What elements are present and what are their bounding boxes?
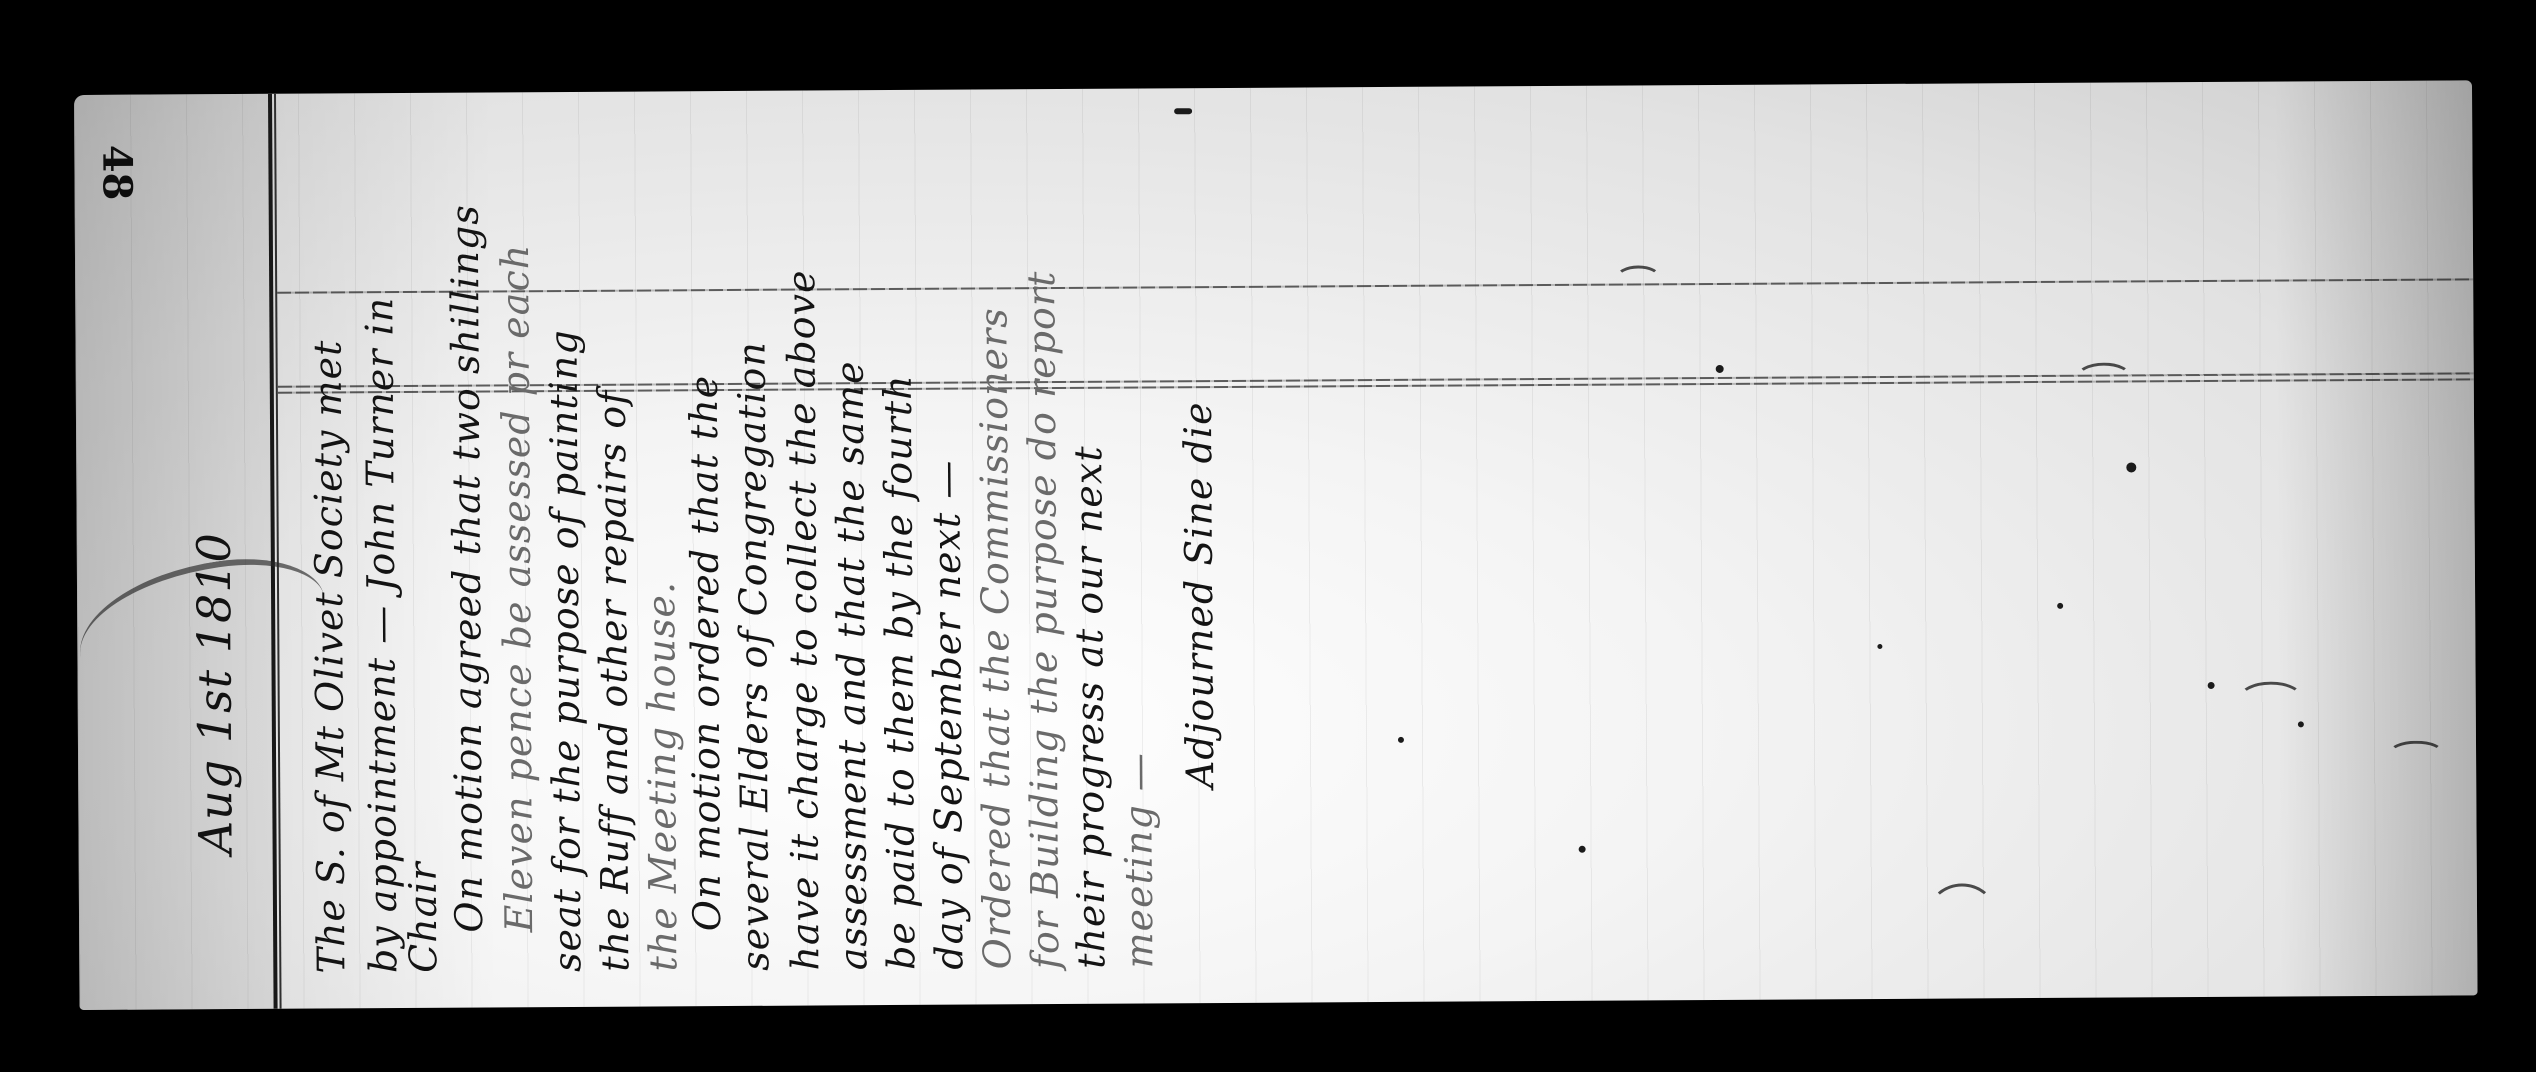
minutes-line: On motion ordered that the [682, 375, 729, 932]
stray-mark [2238, 681, 2304, 717]
minutes-line: their progress at our next [1066, 445, 1113, 969]
minutes-line: the Ruff and other repairs of [590, 390, 638, 972]
minutes-line: assessment and that the same [828, 360, 876, 970]
page-number: 48 [93, 145, 140, 201]
minutes-line: seat for the purpose of painting [541, 329, 589, 972]
minutes-line: Eleven pence be assessed pr each [493, 244, 541, 933]
minutes-line: the Meeting house. [639, 581, 685, 972]
scan-specks [74, 80, 2472, 95]
ledger-page: 48 Aug 1st 1810 The S. of Mt Olivet Soci… [74, 80, 2478, 1010]
minutes-line: meeting — [1116, 752, 1161, 969]
minutes-line: Adjourned Sine die [1176, 401, 1222, 788]
minutes-line: day of September next — [924, 460, 971, 970]
stray-mark [1929, 883, 1995, 939]
minutes-line: The S. of Mt Olivet Society met [306, 340, 354, 974]
minutes-line: Ordered that the Commissioners [971, 307, 1019, 969]
stray-mark [1615, 265, 1661, 291]
minutes-line: On motion agreed that two shillings [443, 204, 491, 933]
minutes-line: Chair [401, 861, 446, 973]
minutes-line: for Building the purpose do report [1019, 271, 1067, 970]
left-margin-column [74, 94, 276, 1010]
stray-mark [2388, 741, 2444, 767]
minutes-line: several Elders of Congregation [730, 341, 778, 971]
date-margin-note: Aug 1st 1810 [187, 532, 243, 854]
ruled-line [277, 278, 2473, 293]
stray-mark [2076, 362, 2132, 392]
minutes-line: by appointment — John Turner in [357, 297, 405, 974]
minutes-line: have it charge to collect the above [779, 269, 827, 970]
scanned-document: 48 Aug 1st 1810 The S. of Mt Olivet Soci… [0, 0, 2536, 1072]
minutes-line: be paid to them by the fourth [876, 374, 924, 970]
